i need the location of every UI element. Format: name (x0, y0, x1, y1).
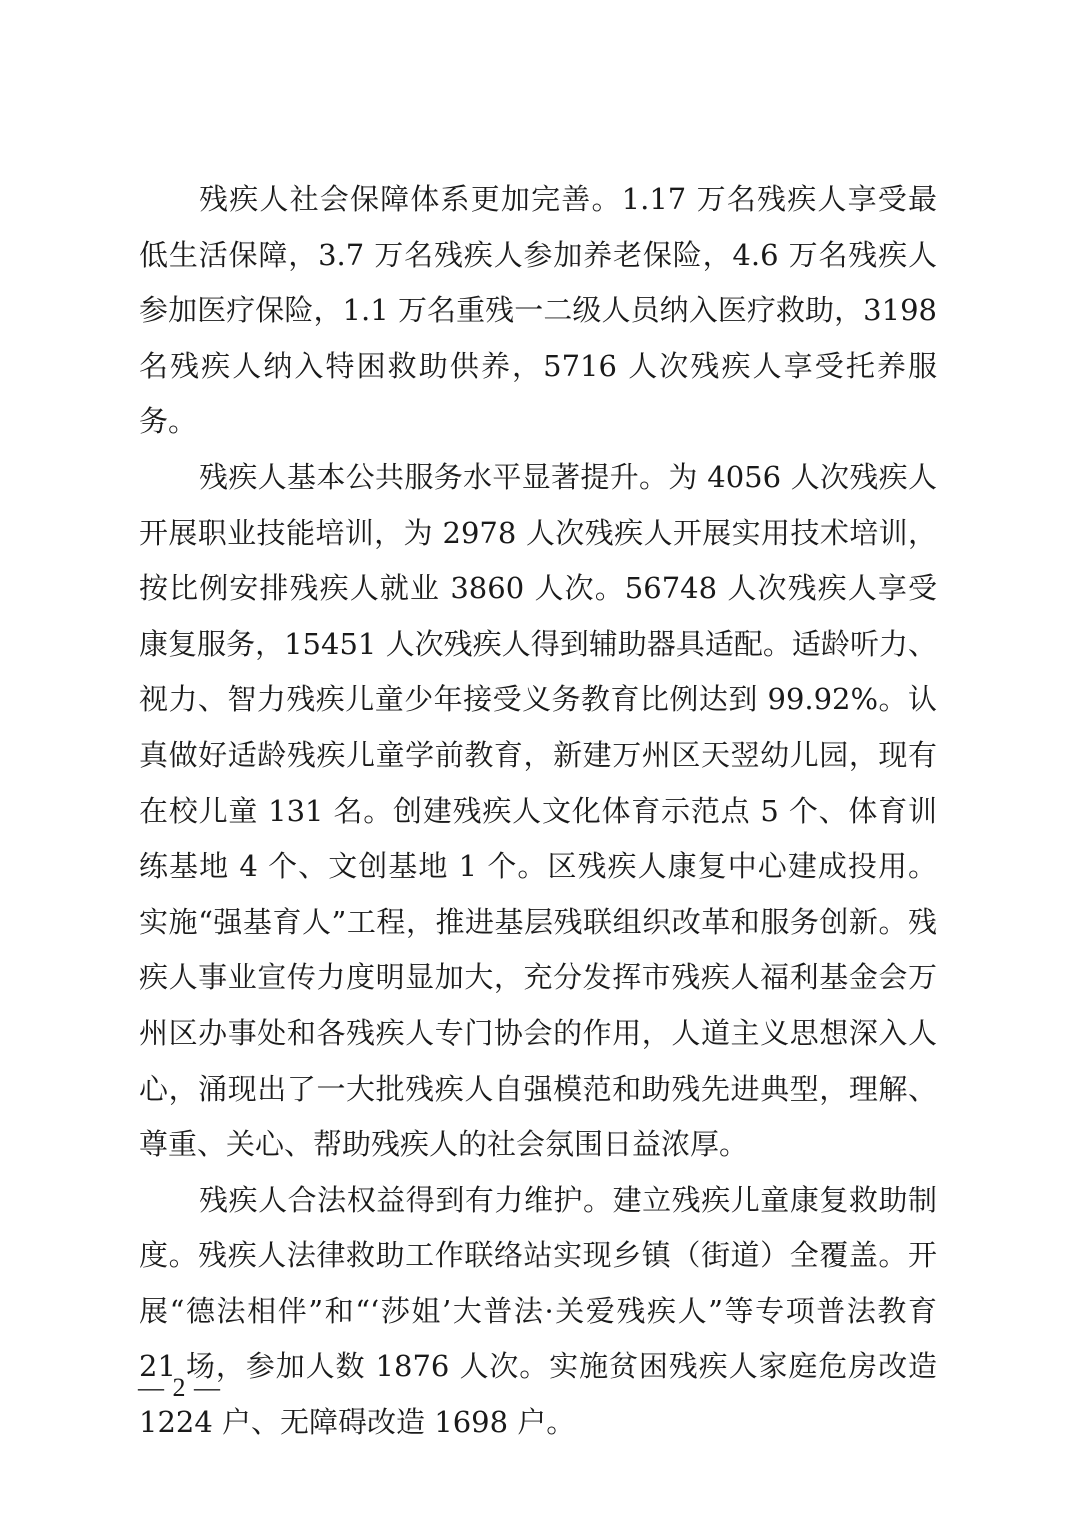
paragraph-social-security: 残疾人社会保障体系更加完善。1.17 万名残疾人享受最低生活保障，3.7 万名残… (139, 172, 937, 450)
paragraph-legal-rights: 残疾人合法权益得到有力维护。建立残疾儿童康复救助制度。残疾人法律救助工作联络站实… (139, 1173, 937, 1451)
paragraph-public-services: 残疾人基本公共服务水平显著提升。为 4056 人次残疾人开展职业技能培训，为 2… (139, 450, 937, 1173)
document-body: 残疾人社会保障体系更加完善。1.17 万名残疾人享受最低生活保障，3.7 万名残… (139, 172, 937, 1451)
page-number: — 2 — (138, 1373, 221, 1403)
